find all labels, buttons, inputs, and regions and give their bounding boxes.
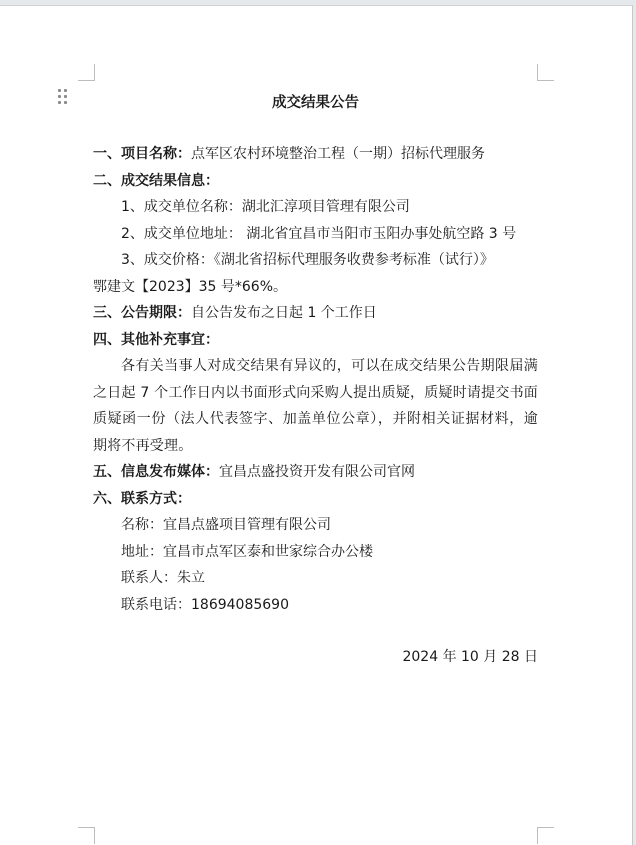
margin-corner-bottom-right: [537, 827, 554, 844]
margin-corner-top-right: [537, 64, 554, 81]
document-body[interactable]: 成交结果公告 一、项目名称：点军区农村环境整治工程（一期）招标代理服务 二、成交…: [93, 90, 538, 671]
result-item-winner-address: 2、成交单位地址： 湖北省宜昌市当阳市玉阳办事处航空路 3 号: [93, 221, 538, 248]
section-project-name: 一、项目名称：点军区农村环境整治工程（一期）招标代理服务: [93, 141, 538, 168]
section-heading: 二、成交结果信息：: [93, 173, 219, 189]
section-heading: 五、信息发布媒体：: [93, 464, 219, 480]
contact-phone: 联系电话：18694085690: [93, 592, 538, 619]
section-other-matters: 四、其他补充事宜：: [93, 327, 538, 354]
section-heading: 三、公告期限：: [93, 305, 191, 321]
document-date: 2024 年 10 月 28 日: [93, 644, 538, 671]
result-item-price-continuation: 鄂建文【2023】35 号*66%。: [93, 274, 538, 301]
result-item-winner-name: 1、成交单位名称：湖北汇淳项目管理有限公司: [93, 194, 538, 221]
section-heading: 一、项目名称：: [93, 146, 191, 162]
section-result-info: 二、成交结果信息：: [93, 168, 538, 195]
section-heading: 四、其他补充事宜：: [93, 332, 219, 348]
margin-corner-top-left: [78, 64, 95, 81]
section-heading: 六、联系方式：: [93, 491, 191, 507]
contact-address: 地址：宜昌市点军区泰和世家综合办公楼: [93, 539, 538, 566]
document-page: 成交结果公告 一、项目名称：点军区农村环境整治工程（一期）招标代理服务 二、成交…: [0, 5, 633, 845]
section-value: 宜昌点盛投资开发有限公司官网: [219, 464, 415, 480]
result-item-price: 3、成交价格：《湖北省招标代理服务收费参考标准（试行）》: [93, 247, 538, 274]
contact-name: 名称：宜昌点盛项目管理有限公司: [93, 512, 538, 539]
section-publish-media: 五、信息发布媒体：宜昌点盛投资开发有限公司官网: [93, 459, 538, 486]
section-notice-period: 三、公告期限：自公告发布之日起 1 个工作日: [93, 300, 538, 327]
margin-corner-bottom-left: [78, 827, 95, 844]
section-value: 自公告发布之日起 1 个工作日: [191, 305, 377, 321]
section-contact: 六、联系方式：: [93, 486, 538, 513]
contact-person: 联系人：朱立: [93, 565, 538, 592]
other-matters-paragraph: 各有关当事人对成交结果有异议的，可以在成交结果公告期限届满之日起 7 个工作日内…: [93, 353, 538, 459]
section-value: 点军区农村环境整治工程（一期）招标代理服务: [191, 146, 485, 162]
document-title: 成交结果公告: [93, 90, 538, 116]
drag-handle-icon[interactable]: [58, 89, 68, 105]
